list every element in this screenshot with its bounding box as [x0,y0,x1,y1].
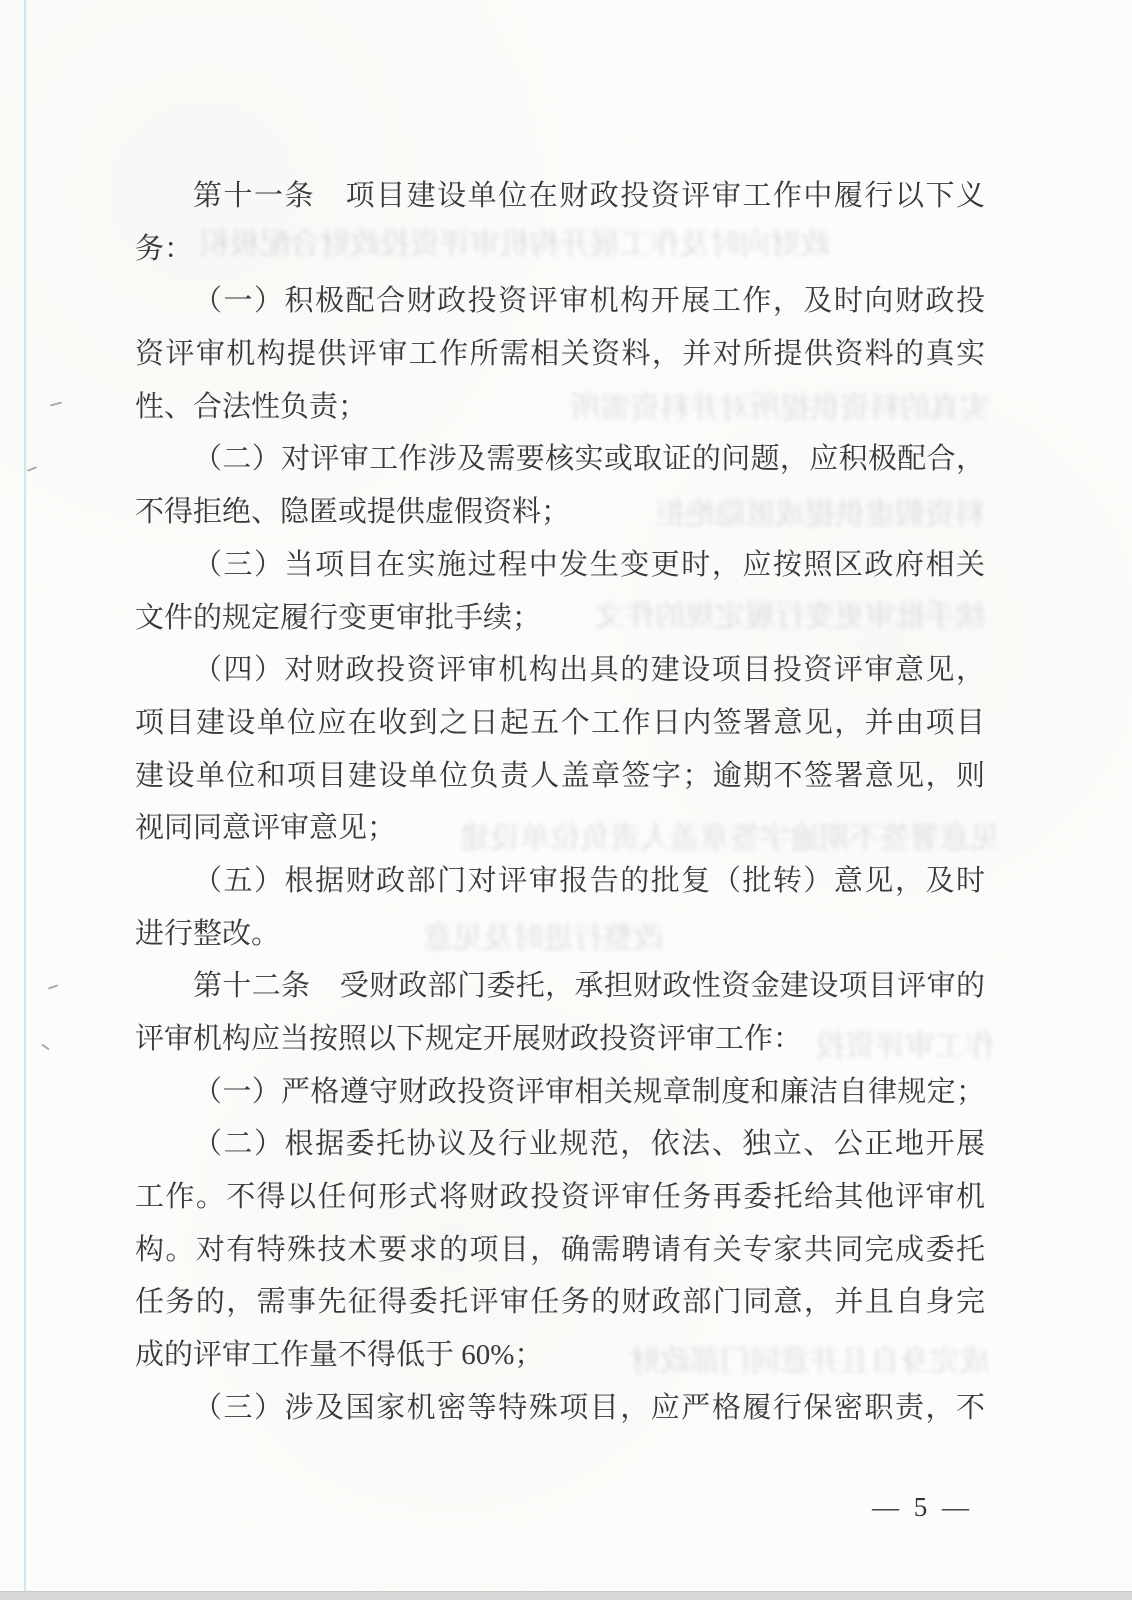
text-line: 不得拒绝、隐匿或提供虚假资料； [135,486,985,539]
pencil-mark [48,984,58,989]
text-line: 务： [135,223,985,276]
pencil-mark [50,401,62,406]
text-line: （二）根据委托协议及行业规范，依法、独立、公正地开展 [135,1118,985,1171]
text-line: 构。对有特殊技术要求的项目，确需聘请有关专家共同完成委托 [135,1224,985,1277]
text-line: 评审机构应当按照以下规定开展财政投资评审工作： [135,1013,985,1066]
scanned-document-page: 政财向时及作工展开构机审评资投政财合配极积实真的料资供提所对并料资需所料资假虚供… [0,0,1132,1600]
text-line: （四）对财政投资评审机构出具的建设项目投资评审意见， [135,644,985,697]
text-line: 资评审机构提供评审工作所需相关资料，并对所提供资料的真实 [135,328,985,381]
text-line: 建设单位和项目建设单位负责人盖章签字；逾期不签署意见，则 [135,750,985,803]
text-line: （五）根据财政部门对评审报告的批复（批转）意见，及时 [135,855,985,908]
text-line: 成的评审工作量不得低于 60%； [135,1329,985,1382]
scanner-edge-line [24,0,26,1600]
text-block: 第十一条 项目建设单位在财政投资评审工作中履行以下义务：（一）积极配合财政投资评… [135,170,985,1435]
text-line: （三）涉及国家机密等特殊项目，应严格履行保密职责，不 [135,1382,985,1435]
text-line: 第十二条 受财政部门委托，承担财政性资金建设项目评审的 [135,960,985,1013]
text-line: 项目建设单位应在收到之日起五个工作日内签署意见，并由项目 [135,697,985,750]
scan-bottom-edge [0,1591,1132,1600]
text-line: 文件的规定履行变更审批手续； [135,592,985,645]
text-line: （一）严格遵守财政投资评审相关规章制度和廉洁自律规定； [135,1066,985,1119]
text-line: 性、合法性负责； [135,381,985,434]
text-line: （三）当项目在实施过程中发生变更时，应按照区政府相关 [135,539,985,592]
text-line: （二）对评审工作涉及需要核实或取证的问题，应积极配合， [135,433,985,486]
page-number: — 5 — [872,1492,973,1523]
text-line: （一）积极配合财政投资评审机构开展工作，及时向财政投 [135,275,985,328]
text-line: 视同同意评审意见； [135,802,985,855]
pencil-mark [41,1044,50,1051]
pencil-mark [27,466,37,472]
text-line: 第十一条 项目建设单位在财政投资评审工作中履行以下义 [135,170,985,223]
text-line: 工作。不得以任何形式将财政投资评审任务再委托给其他评审机 [135,1171,985,1224]
text-line: 进行整改。 [135,908,985,961]
text-line: 任务的，需事先征得委托评审任务的财政部门同意，并且自身完 [135,1276,985,1329]
